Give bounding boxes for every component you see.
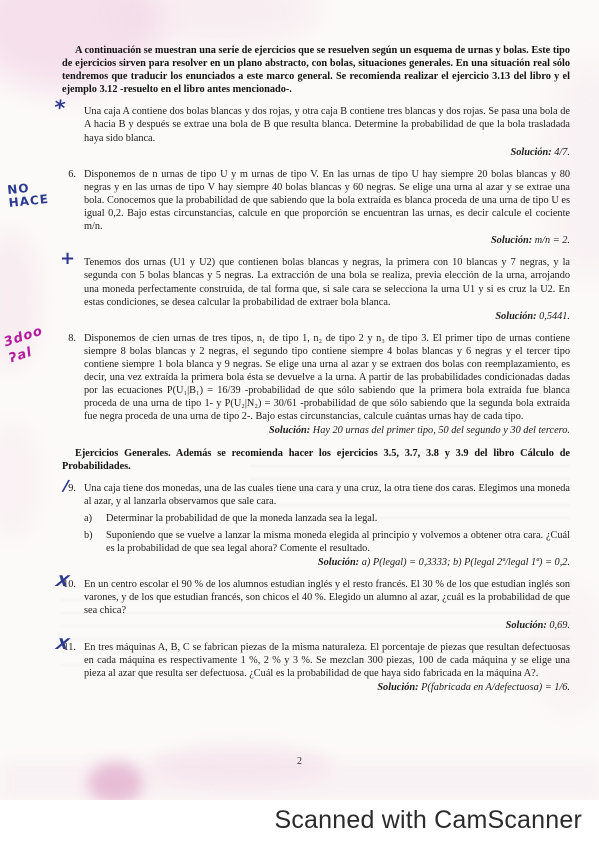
exercise-9-number: / 9.	[62, 482, 76, 570]
section-heading: Ejercicios Generales. Además se recomien…	[62, 447, 570, 473]
exercise-5-solution: Solución: 4/7.	[84, 146, 570, 159]
exercise-7-text: Tenemos dos urnas (U1 y U2) que contiene…	[84, 256, 570, 308]
exercise-8-solution: Solución: Hay 20 urnas del primer tipo, …	[84, 424, 570, 437]
exercise-9-solution: Solución: a) P(legal) = 0,3333; b) P(leg…	[84, 556, 570, 569]
exercise-6-number: 6.	[62, 168, 76, 248]
exercise-9-part-b: b) Suponiendo que se vuelve a lanzar la …	[84, 529, 570, 555]
exercise-10-number: X 10.	[62, 578, 76, 631]
exercise-10-text: En un centro escolar el 90 % de los alum…	[84, 578, 570, 617]
exercise-11-text: En tres máquinas A, B, C se fabrican pie…	[84, 641, 570, 680]
intro-paragraph: A continuación se muestran una serie de …	[62, 44, 570, 96]
exercise-11-number: X 11.	[62, 641, 76, 694]
scanned-page: A continuación se muestran una serie de …	[0, 0, 599, 800]
exercise-5: * Una caja A contiene dos bolas blancas …	[62, 105, 570, 158]
exercise-6-solution: Solución: m/n = 2.	[84, 234, 570, 247]
handwritten-note-no-hace: NO HACE	[7, 180, 50, 210]
pink-scan-stain	[120, 0, 320, 45]
exercise-11: X 11. En tres máquinas A, B, C se fabric…	[62, 641, 570, 694]
exercise-8-number: 8.	[62, 332, 76, 438]
exercise-10: X 10. En un centro escolar el 90 % de lo…	[62, 578, 570, 631]
exercise-7-number: +	[62, 256, 76, 322]
pink-scan-stain	[0, 420, 40, 540]
document-body: A continuación se muestran una serie de …	[62, 44, 570, 703]
exercise-5-text: Una caja A contiene dos bolas blancas y …	[84, 105, 570, 144]
exercise-9-text: Una caja tiene dos monedas, una de las c…	[84, 482, 570, 508]
exercise-8-text: Disponemos de cien urnas de tres tipos, …	[84, 332, 570, 424]
watermark-strip: Scanned with CamScanner	[0, 800, 599, 848]
exercise-6-text: Disponemos de n urnas de tipo U y m urna…	[84, 168, 570, 233]
exercise-7-solution: Solución: 0,5441.	[84, 310, 570, 323]
exercise-6: 6. Disponemos de n urnas de tipo U y m u…	[62, 168, 570, 248]
exercise-9: / 9. Una caja tiene dos monedas, una de …	[62, 482, 570, 570]
exercise-9-part-a: a) Determinar la probabilidad de que la …	[84, 512, 570, 525]
pink-scan-smudge	[88, 762, 143, 800]
exercise-8: 8. Disponemos de cien urnas de tres tipo…	[62, 332, 570, 438]
handwritten-x-mark: X	[55, 638, 70, 652]
camscanner-watermark: Scanned with CamScanner	[274, 806, 582, 835]
handwritten-scribble: 3doo ʔal	[2, 323, 51, 368]
exercise-10-solution: Solución: 0,69.	[84, 619, 570, 632]
page-number: 2	[0, 756, 599, 767]
handwritten-plus-mark: +	[60, 252, 75, 265]
handwritten-star-mark: *	[53, 102, 66, 116]
exercise-11-solution: Solución: P(fabricada en A/defectuosa) =…	[84, 681, 570, 694]
exercise-7: + Tenemos dos urnas (U1 y U2) que contie…	[62, 256, 570, 322]
exercise-5-number: *	[62, 105, 76, 158]
